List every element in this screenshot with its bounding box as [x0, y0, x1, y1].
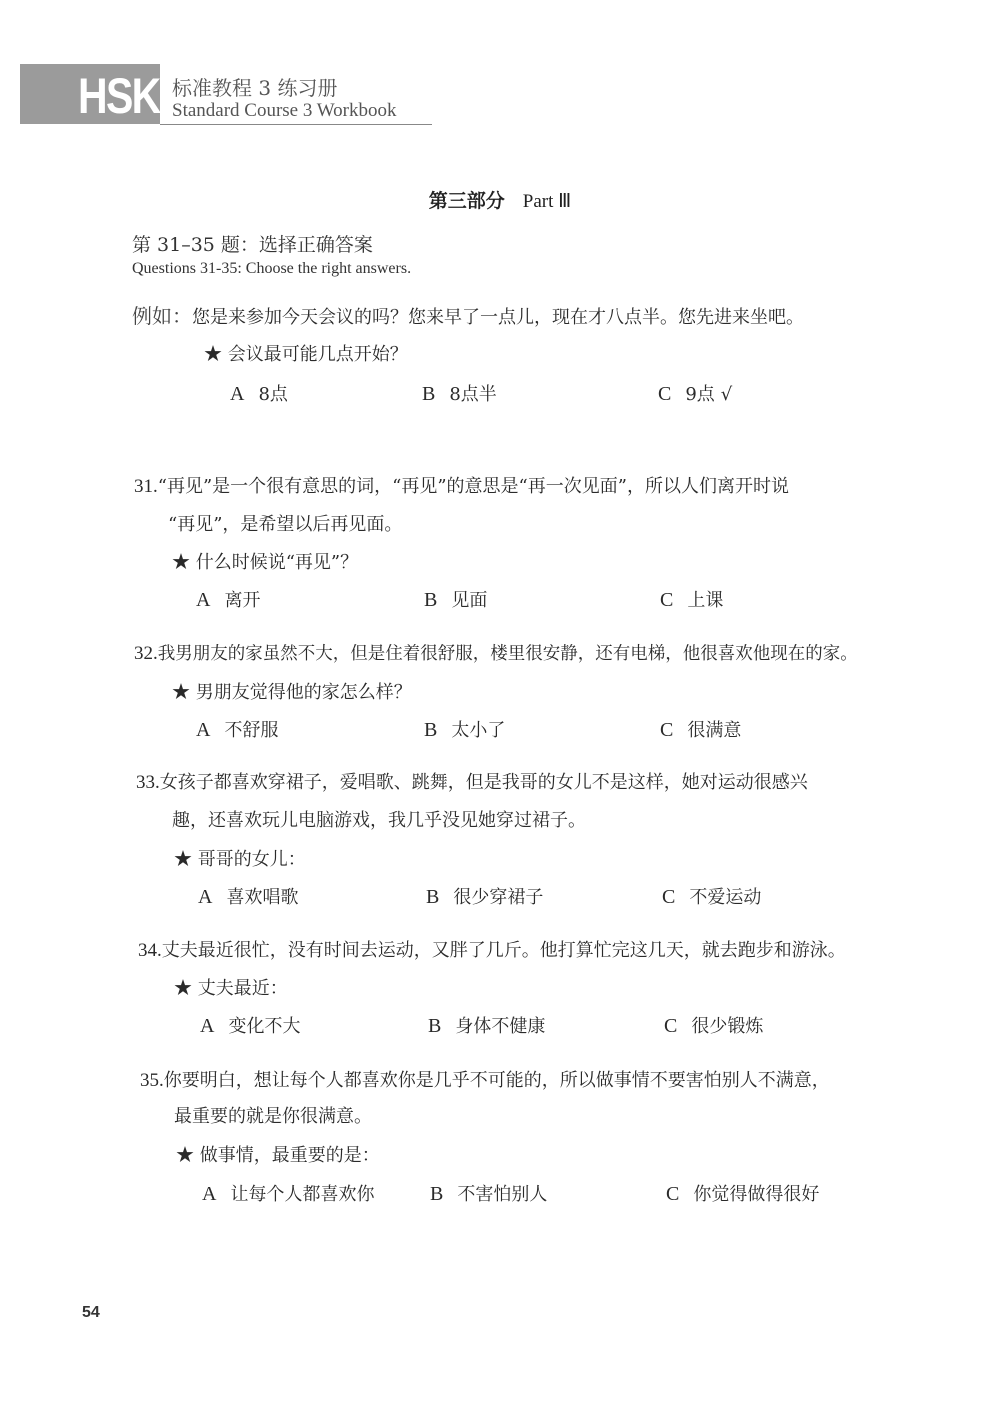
question-31-option-a[interactable]: A离开: [196, 586, 260, 612]
section-title-cn: 第三部分: [429, 190, 505, 212]
example-option-b: B8点半: [422, 380, 497, 406]
question-31-passage: 31.“再见”是一个很有意思的词，“再见”的意思是“再一次见面”，所以人们离开时…: [134, 472, 789, 498]
hsk-logo: HSK: [78, 70, 160, 122]
example-option-a: A8点: [230, 380, 288, 406]
question-34-passage: 34.丈夫最近很忙，没有时间去运动，又胖了几斤。他打算忙完这几天，就去跑步和游泳…: [138, 936, 846, 962]
question-35-option-c[interactable]: C你觉得做得很好: [666, 1180, 819, 1206]
question-32-option-c[interactable]: C很满意: [660, 716, 741, 742]
example-question: ★ 会议最可能几点开始？: [204, 340, 408, 366]
header-divider: [160, 124, 432, 125]
question-32-option-a[interactable]: A不舒服: [196, 716, 278, 742]
question-31-prompt: ★ 什么时候说“再见”？: [172, 548, 358, 574]
example-label: 例如：: [132, 304, 192, 328]
example-passage: 例如：您是来参加今天会议的吗？您来早了一点儿，现在才八点半。您先进来坐吧。: [132, 300, 804, 329]
book-title-en: Standard Course 3 Workbook: [172, 100, 397, 122]
example-text: 您是来参加今天会议的吗？您来早了一点儿，现在才八点半。您先进来坐吧。: [192, 307, 804, 328]
question-33-option-a[interactable]: A喜欢唱歌: [198, 883, 298, 909]
instruction-cn: 第 31–35 题：选择正确答案: [132, 230, 373, 257]
question-33-passage: 33.女孩子都喜欢穿裙子，爱唱歌、跳舞，但是我哥的女儿不是这样，她对运动很感兴: [136, 768, 808, 794]
question-32-prompt: ★ 男朋友觉得他的家怎么样？: [172, 678, 412, 704]
question-33-option-b[interactable]: B很少穿裙子: [426, 883, 543, 909]
question-31-option-c[interactable]: C上课: [660, 586, 723, 612]
question-32-option-b[interactable]: B太小了: [424, 716, 505, 742]
question-33-passage-line2: 趣，还喜欢玩儿电脑游戏，我几乎没见她穿过裙子。: [172, 806, 586, 832]
question-31-option-b[interactable]: B见面: [424, 586, 487, 612]
question-35-option-a[interactable]: A让每个人都喜欢你: [202, 1180, 374, 1206]
question-33-option-c[interactable]: C不爱运动: [662, 883, 761, 909]
section-title-en: Part Ⅲ: [523, 191, 571, 212]
question-35-passage: 35.你要明白，想让每个人都喜欢你是几乎不可能的，所以做事情不要害怕别人不满意，: [140, 1066, 830, 1092]
page-number: 54: [82, 1304, 100, 1322]
question-34-option-a[interactable]: A变化不大: [200, 1012, 300, 1038]
instruction-en: Questions 31-35: Choose the right answer…: [132, 260, 411, 278]
question-33-prompt: ★ 哥哥的女儿：: [174, 845, 306, 871]
question-32-passage: 32.我男朋友的家虽然不大，但是住着很舒服，楼里很安静，还有电梯，他很喜欢他现在…: [134, 640, 858, 665]
section-title: 第三部分Part Ⅲ: [0, 186, 1000, 213]
question-34-prompt: ★ 丈夫最近：: [174, 974, 288, 1000]
example-option-c: C9点√: [658, 380, 732, 406]
checkmark-icon: √: [721, 384, 732, 405]
question-35-option-b[interactable]: B不害怕别人: [430, 1180, 547, 1206]
book-title-cn: 标准教程 3 练习册: [172, 72, 337, 101]
question-35-prompt: ★ 做事情，最重要的是：: [176, 1141, 380, 1167]
question-31-passage-line2: “再见”，是希望以后再见面。: [168, 510, 402, 536]
question-34-option-b[interactable]: B身体不健康: [428, 1012, 545, 1038]
question-34-option-c[interactable]: C很少锻炼: [664, 1012, 763, 1038]
question-35-passage-line2: 最重要的就是你很满意。: [174, 1102, 372, 1128]
